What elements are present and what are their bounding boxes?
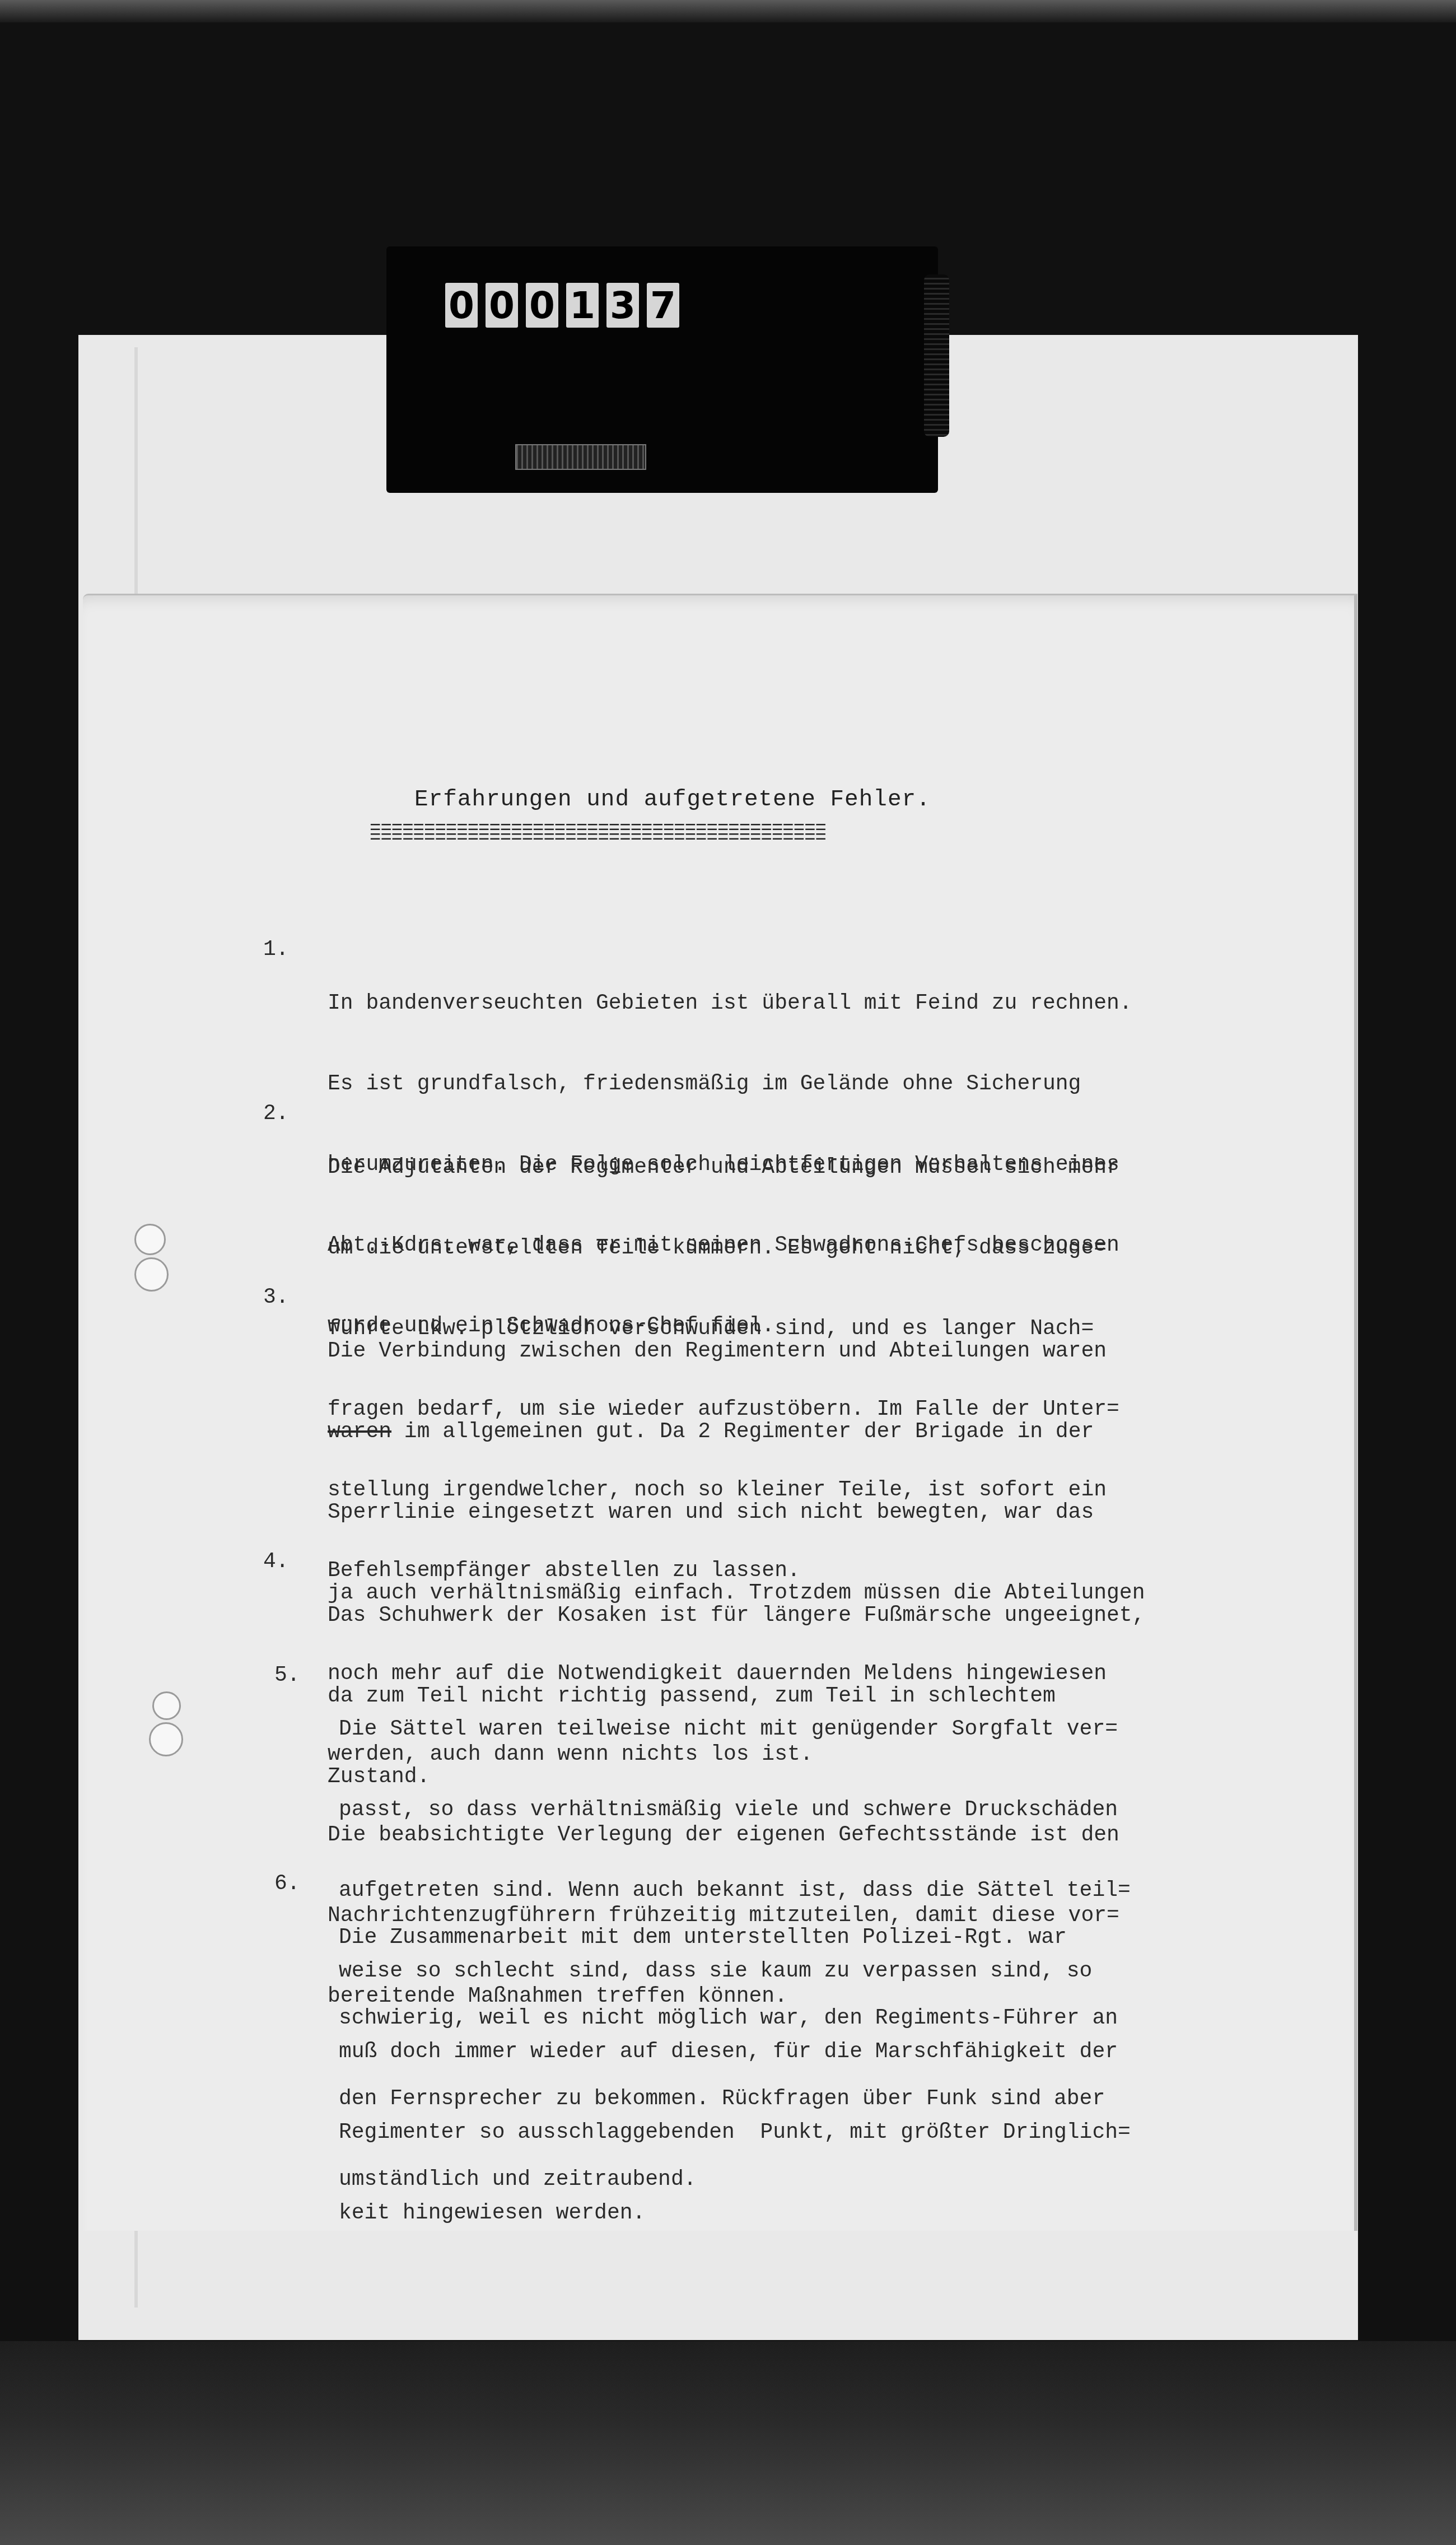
text-line: Das Schuhwerk der Kosaken ist für länger… (328, 1602, 1145, 1629)
counter-digit: 0 (445, 283, 478, 328)
counter-digit: 1 (566, 283, 599, 328)
document-title: Erfahrungen und aufgetretene Fehler. (414, 787, 931, 813)
struck-word: waren (328, 1420, 391, 1444)
punch-hole-icon (134, 1224, 166, 1255)
text-line: schwierig, weil es nicht möglich war, de… (339, 2005, 1118, 2032)
counter-label-plate (515, 444, 646, 470)
text-line: Die Zusammenarbeit mit dem unterstellten… (339, 1924, 1118, 1951)
film-strip-top (0, 0, 1456, 22)
punch-hole-icon (149, 1722, 183, 1756)
text-line: Es ist grundfalsch, friedensmäßig im Gel… (328, 1071, 1132, 1098)
text-line: waren im allgemeinen gut. Da 2 Regimente… (328, 1419, 1145, 1446)
text-line: Sperrlinie eingesetzt waren und sich nic… (328, 1499, 1145, 1526)
item-number: 6. (274, 1871, 339, 2247)
frame-counter: 0 0 0 1 3 7 (445, 283, 679, 328)
text-line: um die unterstellten Teile kümmern. Es g… (328, 1235, 1119, 1262)
punch-hole-icon (152, 1691, 181, 1720)
counter-digit: 0 (526, 283, 558, 328)
text-line: Die Verbindung zwischen den Regimentern … (328, 1338, 1145, 1365)
counter-digit: 7 (647, 283, 679, 328)
counter-digit: 3 (606, 283, 639, 328)
text-line: umständlich und zeitraubend. (339, 2166, 1118, 2193)
film-strip-bottom (0, 2341, 1456, 2545)
counter-digit: 0 (486, 283, 518, 328)
text-line: passt, so dass verhältnismäßig viele und… (339, 1797, 1131, 1824)
text-line: Die Sättel waren teilweise nicht mit gen… (339, 1716, 1131, 1743)
text-line: den Fernsprecher zu bekommen. Rückfragen… (339, 2086, 1118, 2113)
text-line: In bandenverseuchten Gebieten ist überal… (328, 990, 1132, 1017)
text-line: Die Adjutanten der Regimenter und Abteil… (328, 1154, 1119, 1181)
item-body: Die Zusammenarbeit mit dem unterstellten… (339, 1871, 1118, 2247)
punch-hole-icon (134, 1257, 169, 1292)
counter-knob-icon (924, 274, 949, 437)
list-item: 6. Die Zusammenarbeit mit dem unterstell… (274, 1871, 1118, 2247)
title-underline: ========================================… (370, 824, 826, 843)
